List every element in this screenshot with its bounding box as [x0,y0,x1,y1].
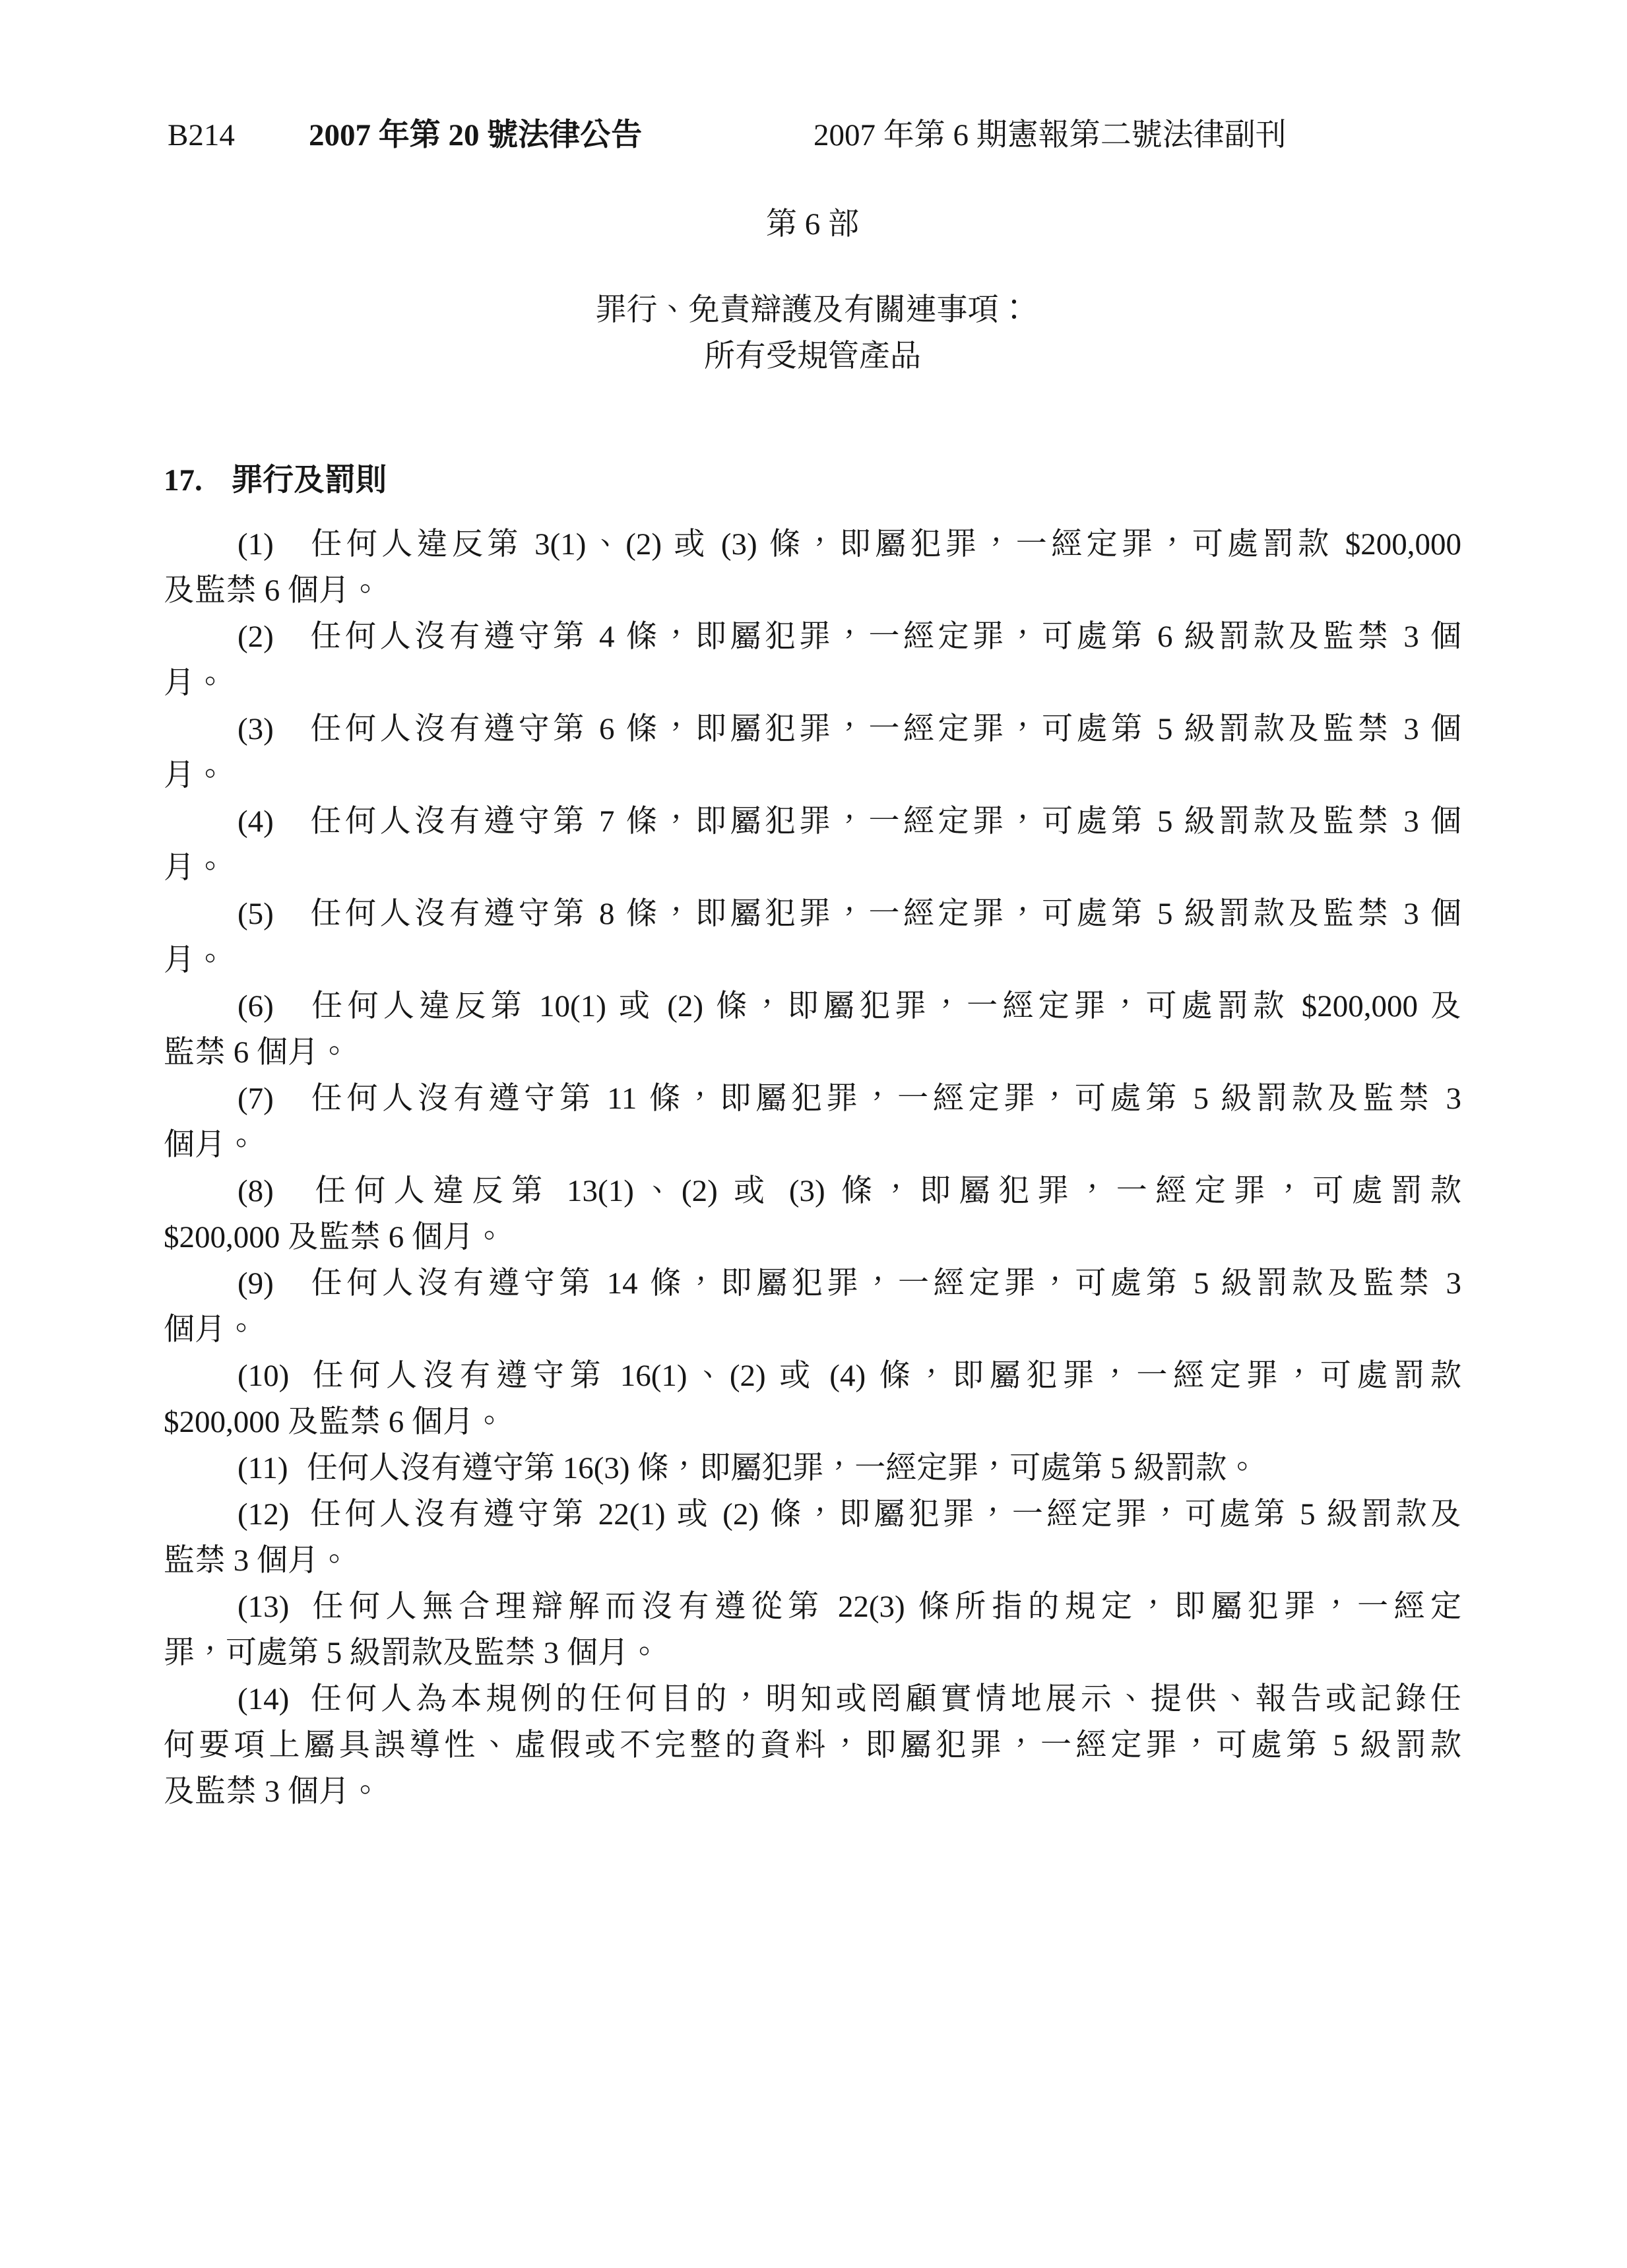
paragraph-number: (14) [238,1676,307,1722]
offence-paragraph-line: 何要項上屬具誤導性、虛假或不完整的資料，即屬犯罪，一經定罪，可處第 5 級罰款 [164,1722,1461,1768]
offence-paragraph-line: 月。 [164,937,1461,983]
paragraph-number: (3) [238,706,307,752]
section-title: 罪行及罰則 [232,463,387,498]
part-title: 第 6 部 [164,205,1461,244]
page-number: B214 [168,115,235,155]
paragraph-number: (13) [238,1584,307,1630]
offence-paragraph-line: (1)任何人違反第 3(1)、(2) 或 (3) 條，即屬犯罪，一經定罪，可處罰… [164,521,1461,567]
paragraph-number: (5) [238,891,307,937]
gazette-title: 2007 年第 6 期憲報第二號法律副刊 [813,115,1287,155]
offence-paragraph-line: (6)任何人違反第 10(1) 或 (2) 條，即屬犯罪，一經定罪，可處罰款 $… [164,983,1461,1029]
paragraph-number: (12) [238,1491,307,1538]
paragraph-number: (4) [238,798,307,845]
offence-paragraph-line: (14)任何人為本規例的任何目的，明知或罔顧實情地展示、提供、報告或記錄任 [164,1676,1461,1722]
offence-paragraph-line: (7)任何人沒有遵守第 11 條，即屬犯罪，一經定罪，可處第 5 級罰款及監禁 … [164,1076,1461,1122]
paragraph-number: (10) [238,1353,307,1399]
offence-paragraph-line: 個月。 [164,1122,1461,1168]
offence-paragraph-line: $200,000 及監禁 6 個月。 [164,1399,1461,1445]
offence-paragraph-line: 月。 [164,660,1461,706]
offence-paragraph-line: 罪，可處第 5 級罰款及監禁 3 個月。 [164,1630,1461,1676]
offence-paragraph-line: (12)任何人沒有遵守第 22(1) 或 (2) 條，即屬犯罪，一經定罪，可處第… [164,1491,1461,1538]
paragraph-number: (2) [238,614,307,660]
paragraph-number: (11) [238,1445,307,1491]
paragraph-number: (6) [238,983,307,1029]
paragraph-number: (7) [238,1076,307,1122]
offence-paragraph-line: 月。 [164,845,1461,891]
part-subtitle-line1: 罪行、免責辯護及有關連事項： [164,287,1461,333]
paragraph-number: (8) [238,1168,307,1214]
section-paragraphs: (1)任何人違反第 3(1)、(2) 或 (3) 條，即屬犯罪，一經定罪，可處罰… [164,521,1461,1815]
paragraph-number: (9) [238,1260,307,1307]
document-page: B214 2007 年第 20 號法律公告 2007 年第 6 期憲報第二號法律… [0,0,1627,2268]
offence-paragraph-line: 及監禁 6 個月。 [164,567,1461,614]
offence-paragraph-line: (10)任何人沒有遵守第 16(1)、(2) 或 (4) 條，即屬犯罪，一經定罪… [164,1353,1461,1399]
offence-paragraph-line: (8)任何人違反第 13(1)、(2) 或 (3) 條，即屬犯罪，一經定罪，可處… [164,1168,1461,1214]
offence-paragraph-line: 月。 [164,752,1461,798]
paragraph-number: (1) [238,521,307,567]
offence-paragraph-line: (2)任何人沒有遵守第 4 條，即屬犯罪，一經定罪，可處第 6 級罰款及監禁 3… [164,614,1461,660]
offence-paragraph-line: (5)任何人沒有遵守第 8 條，即屬犯罪，一經定罪，可處第 5 級罰款及監禁 3… [164,891,1461,937]
offence-paragraph-line: (4)任何人沒有遵守第 7 條，即屬犯罪，一經定罪，可處第 5 級罰款及監禁 3… [164,798,1461,845]
offence-paragraph-line: $200,000 及監禁 6 個月。 [164,1214,1461,1260]
offence-paragraph-line: (3)任何人沒有遵守第 6 條，即屬犯罪，一經定罪，可處第 5 級罰款及監禁 3… [164,706,1461,752]
offence-paragraph-line: 個月。 [164,1307,1461,1353]
page-header: B214 2007 年第 20 號法律公告 2007 年第 6 期憲報第二號法律… [164,115,1461,155]
section-heading: 17.罪行及罰則 [164,461,1461,500]
offence-paragraph-line: 監禁 3 個月。 [164,1538,1461,1584]
part-subtitle-line2: 所有受規管產品 [164,333,1461,379]
offence-paragraph-line: (13)任何人無合理辯解而沒有遵從第 22(3) 條所指的規定，即屬犯罪，一經定 [164,1584,1461,1630]
part-subtitle: 罪行、免責辯護及有關連事項： 所有受規管產品 [164,287,1461,379]
offence-paragraph-line: (11)任何人沒有遵守第 16(3) 條，即屬犯罪，一經定罪，可處第 5 級罰款… [164,1445,1461,1491]
offence-paragraph-line: (9)任何人沒有遵守第 14 條，即屬犯罪，一經定罪，可處第 5 級罰款及監禁 … [164,1260,1461,1307]
offence-paragraph-line: 監禁 6 個月。 [164,1029,1461,1076]
section-number: 17. [164,461,232,500]
legal-notice-title: 2007 年第 20 號法律公告 [309,115,642,155]
offence-paragraph-line: 及監禁 3 個月。 [164,1768,1461,1815]
